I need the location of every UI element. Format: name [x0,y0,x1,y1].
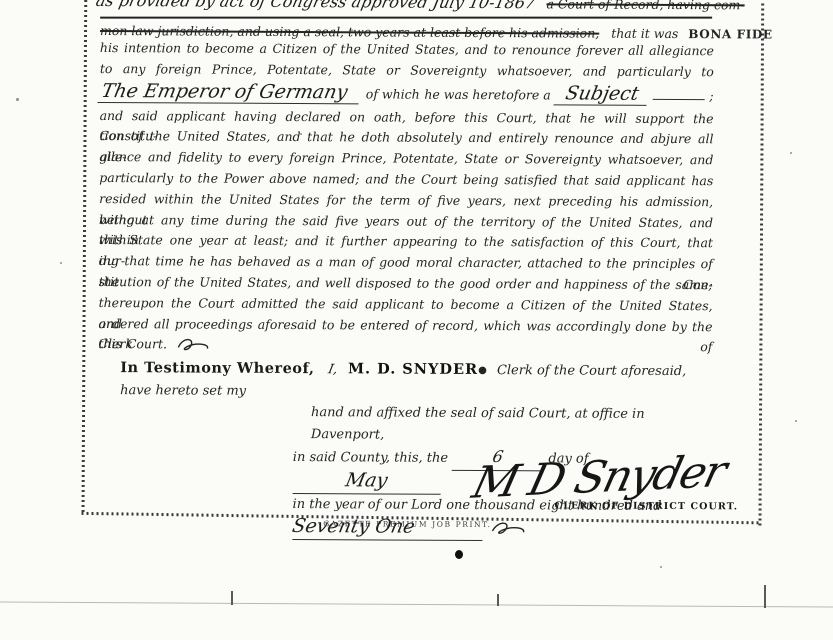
in-testimony-whereof: In Testimony Whereof, [120,359,314,377]
body-line: resided within the United States for the… [99,189,713,213]
scan-speck [60,262,62,264]
bona-fide-text: BONA FIDE [688,27,772,41]
struck-text-fragment-1: a Court of Record, having com- [546,0,744,12]
testimony-line-1: In Testimony Whereof, I, M. D. SNYDER● C… [120,357,714,404]
handwritten-power-name: The Emperor of Germany [97,80,363,104]
body-line: thereupon the Court admitted the said ap… [99,293,713,317]
ink-blot [455,550,463,559]
scanned-naturalization-document: as provided by act of Congress approved … [0,0,833,640]
pronoun-i: I, [326,359,340,381]
allegiance-fill-line: The Emperor of Germany of which he was h… [100,80,714,109]
date-line-prefix: in said County, this, the [293,450,448,466]
handwritten-subject: Subject [553,82,650,105]
strike-line [100,17,712,19]
clerk-name-printed: M. D. SNYDER [348,360,478,378]
handwritten-insert: as provided by act of Congress approved … [94,0,537,12]
testimony-block: In Testimony Whereof, I, M. D. SNYDER● C… [97,357,714,542]
body-line: stitution of the United States, and well… [99,272,713,296]
lead-in-text: that it was [611,26,678,41]
crease-spike [231,591,233,605]
handwritten-month: May [344,470,390,492]
blank-rule [653,98,705,99]
crease-spike [497,594,499,606]
body-line: particularly to the Power above named; a… [99,168,713,192]
body-line-text: this Court. [98,336,167,351]
month-entry: May [293,470,441,495]
scan-speck [790,152,792,154]
flourish-swash-icon [176,337,210,353]
document-page: as provided by act of Congress approved … [0,0,833,640]
document-body: his intention to become a Citizen of the… [98,38,714,358]
printer-credit: GAZETTE PREMIUM JOB PRINT. [247,519,567,530]
printed-of-which: of which [366,86,420,101]
bullet-mark: ● [478,365,487,376]
scan-speck [16,98,19,101]
line-terminator: ; [709,88,713,103]
scan-speck [300,133,302,135]
crease-spike [764,585,766,608]
body-line: his intention to become a Citizen of the… [100,38,714,62]
testimony-line-2: hand and affixed the seal of said Court,… [311,402,714,447]
scan-speck [660,566,662,568]
document-border-left [82,0,88,513]
scan-speck [795,420,797,422]
script-heretofore: he was heretofore a [424,86,550,102]
clerk-title: CLERK OF DISTRICT COURT. [555,500,739,512]
body-line: to any foreign Prince, Potentate, State … [100,59,714,83]
